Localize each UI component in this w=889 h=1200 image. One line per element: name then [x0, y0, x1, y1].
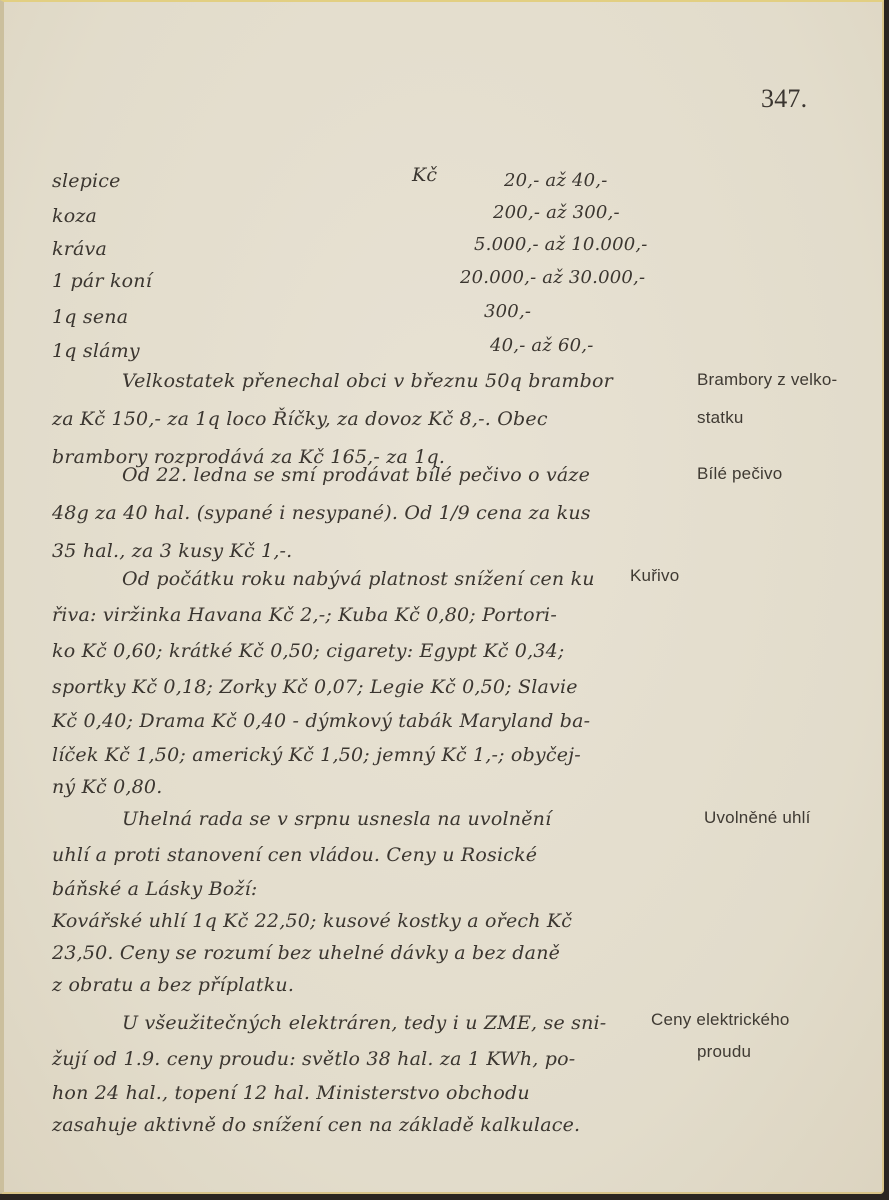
text-line: líček Kč 1,50; americký Kč 1,50; jemný K… — [52, 744, 581, 766]
page-number: 347. — [761, 84, 807, 114]
text-line: Od 22. ledna se smí prodávat bílé pečivo… — [122, 464, 590, 486]
text-line: řiva: viržinka Havana Kč 2,-; Kuba Kč 0,… — [52, 604, 557, 626]
price-item: 1q sena — [52, 306, 128, 328]
price-value: 20.000,- až 30.000,- — [460, 267, 645, 288]
price-value: 40,- až 60,- — [490, 335, 593, 356]
text-line: U všeužitečných elektráren, tedy i u ZME… — [122, 1012, 606, 1034]
price-item: 1q slámy — [52, 340, 140, 362]
text-line: žují od 1.9. ceny proudu: světlo 38 hal.… — [52, 1048, 575, 1070]
currency-label: Kč — [412, 164, 437, 186]
text-line: zasahuje aktivně do snížení cen na zákla… — [52, 1114, 580, 1136]
margin-note: Bílé pečivo — [697, 464, 782, 484]
margin-note: Ceny elektrického — [651, 1010, 790, 1030]
margin-note: Kuřivo — [630, 566, 679, 586]
price-item: 1 pár koní — [52, 270, 152, 292]
margin-note: statku — [697, 408, 744, 428]
text-line: ko Kč 0,60; krátké Kč 0,50; cigarety: Eg… — [52, 640, 565, 662]
text-line: Kč 0,40; Drama Kč 0,40 - dýmkový tabák M… — [52, 710, 590, 732]
price-value: 20,- až 40,- — [504, 170, 607, 191]
text-line: hon 24 hal., topení 12 hal. Ministerstvo… — [52, 1082, 530, 1104]
price-item: koza — [52, 205, 97, 227]
price-value: 300,- — [484, 301, 531, 322]
text-line: ný Kč 0,80. — [52, 776, 162, 798]
price-item: slepice — [52, 170, 121, 192]
price-item: kráva — [52, 238, 107, 260]
text-line: Od počátku roku nabývá platnost snížení … — [122, 568, 595, 590]
text-line: Kovářské uhlí 1q Kč 22,50; kusové kostky… — [52, 910, 572, 932]
text-line: 48g za 40 hal. (sypané i nesypané). Od 1… — [52, 502, 591, 524]
margin-note: Brambory z velko- — [697, 370, 837, 390]
manuscript-page: 347. slepice Kč 20,- až 40,- koza 200,- … — [0, 0, 884, 1194]
text-line: Uhelná rada se v srpnu usnesla na uvolně… — [122, 808, 551, 830]
text-line: 35 hal., za 3 kusy Kč 1,-. — [52, 540, 292, 562]
text-line: Velkostatek přenechal obci v březnu 50q … — [122, 370, 613, 392]
text-line: z obratu a bez příplatku. — [52, 974, 294, 996]
text-line: báňské a Lásky Boží: — [52, 878, 258, 900]
price-value: 200,- až 300,- — [493, 202, 620, 223]
text-line: 23,50. Ceny se rozumí bez uhelné dávky a… — [52, 942, 560, 964]
text-line: uhlí a proti stanovení cen vládou. Ceny … — [52, 844, 537, 866]
text-line: sportky Kč 0,18; Zorky Kč 0,07; Legie Kč… — [52, 676, 578, 698]
margin-note: Uvolněné uhlí — [704, 808, 811, 828]
text-line: za Kč 150,- za 1q loco Říčky, za dovoz K… — [52, 408, 548, 430]
margin-note: proudu — [697, 1042, 751, 1062]
price-value: 5.000,- až 10.000,- — [474, 234, 648, 255]
